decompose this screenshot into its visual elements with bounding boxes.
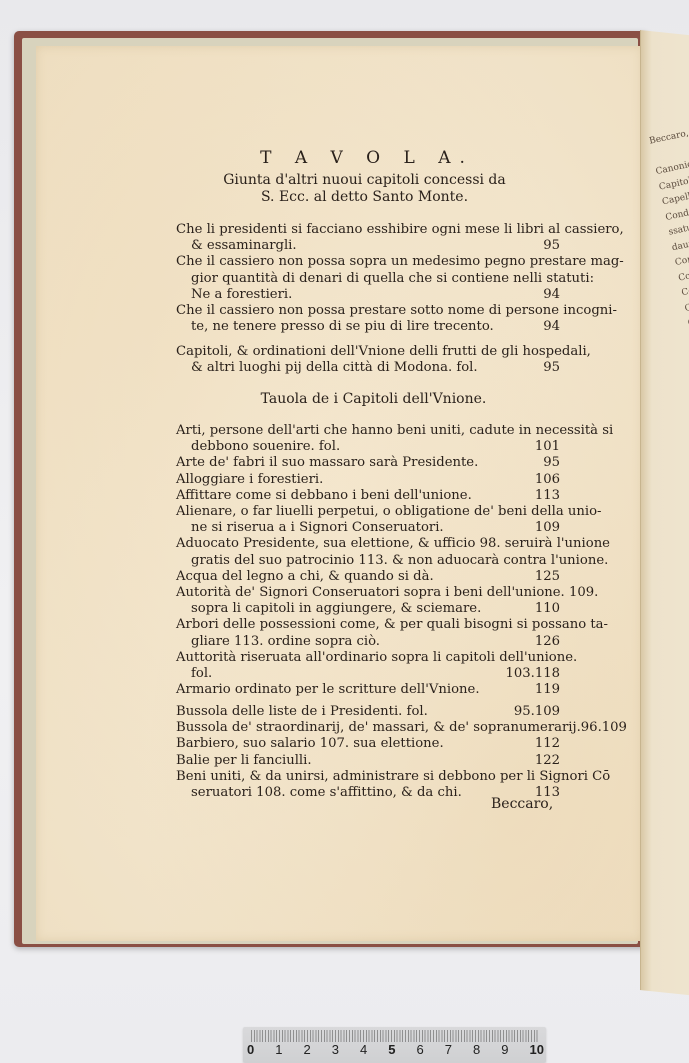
page-number: 96.109 — [581, 720, 627, 736]
ruler-label: 4 — [360, 1042, 367, 1057]
entry-text: Che il cassiero non possa prestare sotto… — [176, 303, 617, 319]
ruler-label: 6 — [417, 1042, 424, 1057]
page-number: 113 — [535, 488, 560, 504]
index-entry: Bussola delle liste de i Presidenti. fol… — [176, 704, 560, 720]
entry-text: Beni uniti, & da unirsi, administrare si… — [176, 769, 610, 785]
page-number: 95 — [543, 455, 560, 471]
entry-text: debbono souenire. fol. — [191, 439, 340, 455]
page-number: 95 — [543, 238, 560, 254]
section-heading: Tauola de i Capitoli dell'Vnione. — [0, 391, 689, 407]
page-number: 109 — [535, 520, 560, 536]
page-number: 126 — [535, 634, 560, 650]
entry-text: Alienare, o far liuelli perpetui, o obli… — [176, 504, 602, 520]
index-entry: Autorità de' Signori Conseruatori sopra … — [176, 585, 560, 617]
page-number: 119 — [535, 682, 560, 698]
page-title: T A V O L A. — [0, 148, 689, 168]
entry-text: Aduocato Presidente, sua elettione, & uf… — [176, 536, 610, 552]
index-entry: Aduocato Presidente, sua elettione, & uf… — [176, 536, 560, 568]
entry-text: Arbori delle possessioni come, & per qua… — [176, 617, 608, 633]
index-entry: Barbiero, suo salario 107. sua elettione… — [176, 736, 560, 752]
entry-text: Arti, persone dell'arti che hanno beni u… — [176, 423, 613, 439]
ruler-label: 9 — [501, 1042, 508, 1057]
page-number: 95 — [543, 360, 560, 376]
page-number: 106 — [535, 472, 560, 488]
entry-text: Che li presidenti si facciano esshibire … — [176, 222, 624, 238]
page-number: 94 — [543, 287, 560, 303]
index-entry: Arbori delle possessioni come, & per qua… — [176, 617, 560, 649]
index-entry: Capitoli, & ordinationi dell'Vnione dell… — [176, 344, 560, 376]
entry-text: Ne a forestieri. — [191, 287, 292, 303]
entry-text: Acqua del legno a chi, & quando si dà. — [176, 569, 434, 585]
index-entry: Balie per li fanciulli.122 — [176, 753, 560, 769]
entry-text: Auttorità riseruata all'ordinario sopra … — [176, 650, 577, 666]
page-number: 95.109 — [514, 704, 560, 720]
entry-text: & essaminargli. — [191, 238, 297, 254]
entry-text: sopra li capitoli in aggiungere, & sciem… — [191, 601, 481, 617]
entry-text: Bussola delle liste de i Presidenti. fol… — [176, 704, 428, 720]
index-entry: Armario ordinato per le scritture dell'V… — [176, 682, 560, 698]
page-number: 103.118 — [505, 666, 560, 682]
entry-text: gior quantità di denari di quella che si… — [191, 271, 594, 287]
page-number: 94 — [543, 319, 560, 335]
index-entry: Che il cassiero non possa sopra un medes… — [176, 254, 560, 303]
ruler-label: 3 — [332, 1042, 339, 1057]
ruler-labels: 012345678910 — [247, 1042, 544, 1057]
unione-entries-b: Bussola delle liste de i Presidenti. fol… — [176, 704, 560, 801]
index-entry: Arte de' fabri il suo massaro sarà Presi… — [176, 455, 560, 471]
entry-text: Che il cassiero non possa sopra un medes… — [176, 254, 624, 270]
index-entry: Affittare come si debbano i beni dell'un… — [176, 488, 560, 504]
entry-text: ne si riserua a i Signori Conseruatori. — [191, 520, 444, 536]
page-number: 125 — [535, 569, 560, 585]
entry-text: Alloggiare i forestieri. — [176, 472, 323, 488]
page-number: 110 — [535, 601, 560, 617]
page-number: 112 — [535, 736, 560, 752]
entry-text: Capitoli, & ordinationi dell'Vnione dell… — [176, 344, 591, 360]
entry-text: Autorità de' Signori Conseruatori sopra … — [176, 585, 598, 601]
catchword: Beccaro, — [491, 796, 553, 812]
subtitle-line-2: S. Ecc. al detto Santo Monte. — [0, 189, 689, 205]
entry-text: fol. — [191, 666, 212, 682]
entry-text: & altri luoghi pij della città di Modona… — [191, 360, 478, 376]
index-entry: Alienare, o far liuelli perpetui, o obli… — [176, 504, 560, 536]
index-entry: Auttorità riseruata all'ordinario sopra … — [176, 650, 560, 682]
subtitle-line-1: Giunta d'altri nuoui capitoli concessi d… — [0, 172, 689, 188]
entry-text: gratis del suo patrocinio 113. & non adu… — [191, 553, 608, 569]
index-entry: Bussola de' straordinarij, de' massari, … — [176, 720, 560, 736]
entry-text: Barbiero, suo salario 107. sua elettione… — [176, 736, 444, 752]
entry-text: Affittare come si debbano i beni dell'un… — [176, 488, 472, 504]
entry-text: Arte de' fabri il suo massaro sarà Presi… — [176, 455, 478, 471]
ruler-label: 8 — [473, 1042, 480, 1057]
page-number: 101 — [535, 439, 560, 455]
index-entry: Alloggiare i forestieri.106 — [176, 472, 560, 488]
entry-text: seruatori 108. come s'affittino, & da ch… — [191, 785, 462, 801]
ruler-label: 2 — [304, 1042, 311, 1057]
index-entry: Acqua del legno a chi, & quando si dà.12… — [176, 569, 560, 585]
entry-text: te, ne tenere presso di se piu di lire t… — [191, 319, 494, 335]
index-entry: Arti, persone dell'arti che hanno beni u… — [176, 423, 560, 455]
entry-text: gliare 113. ordine sopra ciò. — [191, 634, 380, 650]
ruler-label: 5 — [388, 1042, 395, 1057]
giunta-entries-list: Che li presidenti si facciano esshibire … — [176, 222, 560, 335]
ruler-label: 1 — [275, 1042, 282, 1057]
entry-text: Bussola de' straordinarij, de' massari, … — [176, 720, 581, 736]
capitoli-entry: Capitoli, & ordinationi dell'Vnione dell… — [176, 344, 560, 376]
ruler-label: 10 — [530, 1042, 544, 1057]
measurement-ruler: 012345678910 — [243, 1027, 546, 1063]
unione-entries-a: Arti, persone dell'arti che hanno beni u… — [176, 423, 560, 698]
ruler-ticks — [251, 1030, 538, 1042]
index-entry: Che il cassiero non possa prestare sotto… — [176, 303, 560, 335]
entry-text: Balie per li fanciulli. — [176, 753, 312, 769]
entry-text: Armario ordinato per le scritture dell'V… — [176, 682, 480, 698]
ruler-label: 7 — [445, 1042, 452, 1057]
page-number: 122 — [535, 753, 560, 769]
index-entry: Che li presidenti si facciano esshibire … — [176, 222, 560, 254]
ruler-label: 0 — [247, 1042, 254, 1057]
